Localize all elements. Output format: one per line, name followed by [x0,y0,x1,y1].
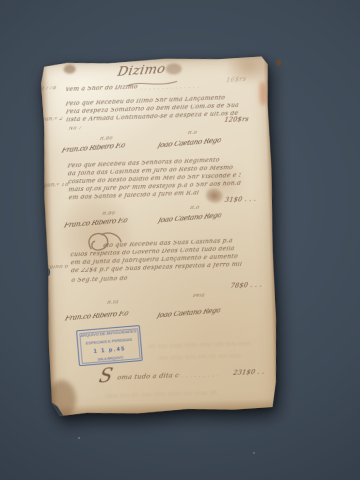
margin-date: Jun.º 2 [42,117,64,123]
receipt-mark: R.do [102,211,115,217]
stamp-line: ESPECIAIS E PERDIDAS [86,338,133,346]
archive-stamp: ARQUIVO DE ANTIGUIDADES ESPECIAIS E PERD… [76,325,143,366]
signature-left: Fran.co Ribeiro F.o [61,142,126,154]
photo-background: im mo uma mim omo um nos oma mo uma mis … [0,0,360,480]
dust-speck [78,437,80,439]
sum-initial: S [98,366,115,386]
receipt-mark: R.o [187,131,197,136]
corner-tear [49,400,65,417]
dust-speck [253,452,255,454]
dotted-leader: . . . . . . . . . [181,373,232,380]
manuscript-line: Vem a Snor do Dizimo [65,84,146,93]
amount-value: 16$rs [226,76,247,84]
stamp-line: SALA ARQUIVO [98,356,124,362]
paper-stain [47,380,76,418]
sum-text: oma tudo a dita conta [117,372,180,381]
dotted-leader: . . . . . . . . . . . . . . [140,84,225,92]
signature-left: Fran.co Ribeiro F.o [64,310,129,322]
paper-stain [64,65,76,74]
margin-date: Julho 6 [46,265,68,271]
signature-right: João Caetano Rego [157,137,222,149]
margin-date: Jun.º 18 [44,183,69,189]
amount-value: 31$0 . . . [224,196,257,204]
page-corner-fragment [275,59,282,66]
amount-value: 120$rs [224,116,250,123]
signature-left: Fran.co Ribeiro F.o [63,217,128,229]
amount-value: 231$0 . . [233,369,265,377]
paper-stain [166,63,182,74]
verso-showthrough: uma mo im nos omo mim mo uma im [104,389,218,399]
receipt-mark: R.ta [107,300,119,305]
signature-right: João Caetano Rego [157,212,222,224]
signature-right: João Caetano Rego [156,307,221,319]
receipt-mark: Pela [192,294,205,299]
manuscript-page: im mo uma mim omo um nos oma mo uma mis … [39,55,279,417]
manuscript-line: o Seg.te Julho do [71,275,142,284]
receipt-mark: R.o [190,206,200,211]
receipt-mark: R.do [99,136,112,142]
worn-left-edge [39,62,58,417]
stamp-line: ARQUIVO DE ANTIGUIDADES [80,329,136,338]
page-title: Dizimo [116,63,166,79]
worn-bottom-edge [50,398,279,417]
paper-stain [259,82,267,106]
verso-showthrough: im mo uma mim omo um nos oma [148,340,252,350]
stamp-line: 1 1 p.45 [93,346,126,355]
footnote-mark: No 7 [68,126,82,132]
paper-sheet: im mo uma mim omo um nos oma mo uma mis … [39,55,279,417]
margin-year: 1778 [41,86,57,92]
amount-value: 78$0 . . . [230,282,263,290]
worn-right-edge [263,55,279,410]
verso-showthrough: mo uma mis em mi mo una [158,353,241,363]
